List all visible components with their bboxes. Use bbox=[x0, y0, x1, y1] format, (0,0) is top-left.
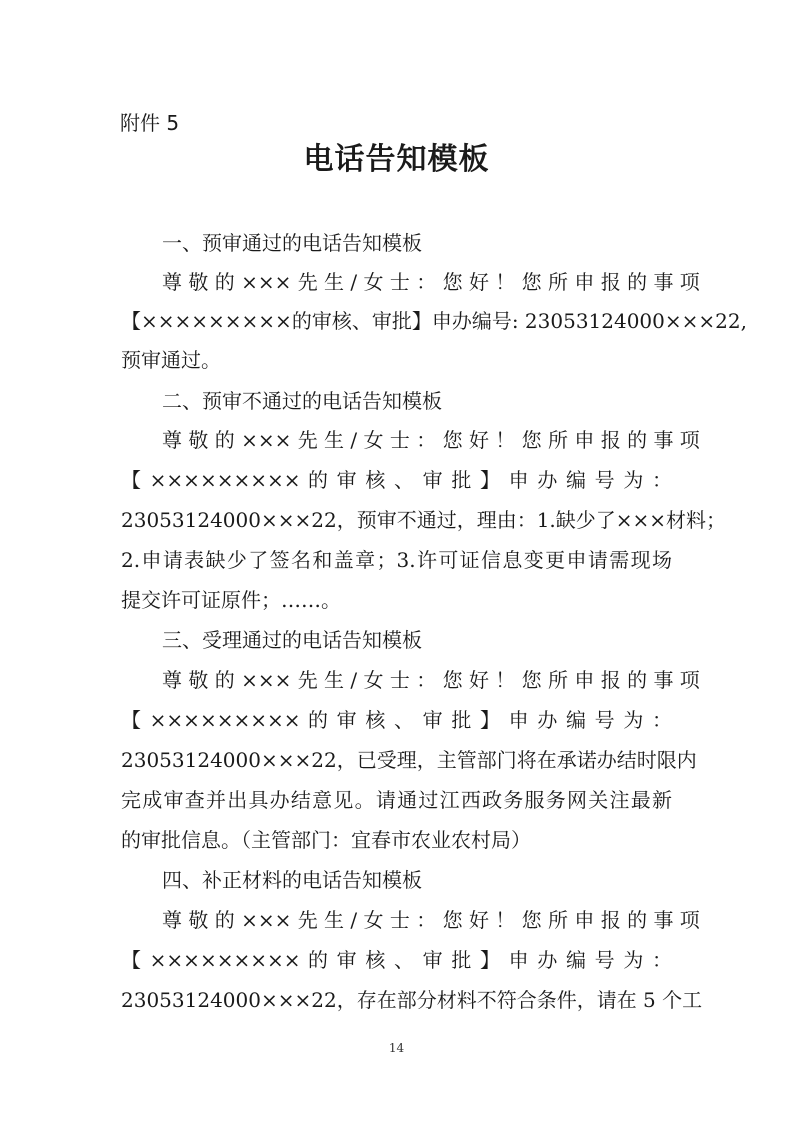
section-1-line-3: 预审通过。 bbox=[121, 346, 672, 374]
document-title: 电话告知模板 bbox=[0, 140, 793, 180]
attachment-label: 附件 5 bbox=[120, 109, 179, 137]
section-heading-1: 一、预审通过的电话告知模板 bbox=[162, 229, 422, 257]
section-3-line-5: 的审批信息。（主管部门：宜春市农业农村局） bbox=[121, 826, 672, 854]
section-4-line-1: 尊 敬 的 ××× 先 生 / 女 士 ： 您 好 ！ 您 所 申 报 的 事 … bbox=[162, 906, 672, 934]
section-2-line-1: 尊 敬 的 ××× 先 生 / 女 士 ： 您 好 ！ 您 所 申 报 的 事 … bbox=[162, 426, 672, 454]
section-3-line-4: 完成审查并出具办结意见。请通过江西政务服务网关注最新 bbox=[121, 786, 672, 814]
document-page: 附件 5 电话告知模板 一、预审通过的电话告知模板 尊 敬 的 ××× 先 生 … bbox=[0, 0, 793, 1122]
section-2-line-5: 提交许可证原件；……。 bbox=[121, 586, 672, 614]
section-1-line-2: 【×××××××××的审核、审批】申办编号: 23053124000×××22, bbox=[121, 307, 672, 335]
section-heading-2: 二、预审不通过的电话告知模板 bbox=[162, 387, 442, 415]
section-heading-4: 四、补正材料的电话告知模板 bbox=[162, 866, 422, 894]
section-heading-3: 三、受理通过的电话告知模板 bbox=[162, 626, 422, 654]
section-2-line-2: 【 ××××××××× 的 审 核 、 审 批 】 申 办 编 号 为 ： bbox=[121, 466, 672, 494]
section-3-line-1: 尊 敬 的 ××× 先 生 / 女 士 ： 您 好 ！ 您 所 申 报 的 事 … bbox=[162, 666, 672, 694]
section-1-line-1: 尊 敬 的 ××× 先 生 / 女 士 ： 您 好 ！ 您 所 申 报 的 事 … bbox=[162, 268, 672, 296]
section-2-line-3: 23053124000×××22，预审不通过，理由：1.缺少了×××材料； bbox=[121, 506, 672, 534]
section-4-line-3: 23053124000×××22，存在部分材料不符合条件，请在 5 个工 bbox=[121, 986, 672, 1014]
section-3-line-3: 23053124000×××22，已受理，主管部门将在承诺办结时限内 bbox=[121, 746, 672, 774]
section-3-line-2: 【 ××××××××× 的 审 核 、 审 批 】 申 办 编 号 为 ： bbox=[121, 706, 672, 734]
page-number: 14 bbox=[0, 1040, 793, 1056]
section-2-line-4: 2.申请表缺少了签名和盖章；3.许可证信息变更申请需现场 bbox=[121, 546, 672, 574]
section-4-line-2: 【 ××××××××× 的 审 核 、 审 批 】 申 办 编 号 为 ： bbox=[121, 946, 672, 974]
